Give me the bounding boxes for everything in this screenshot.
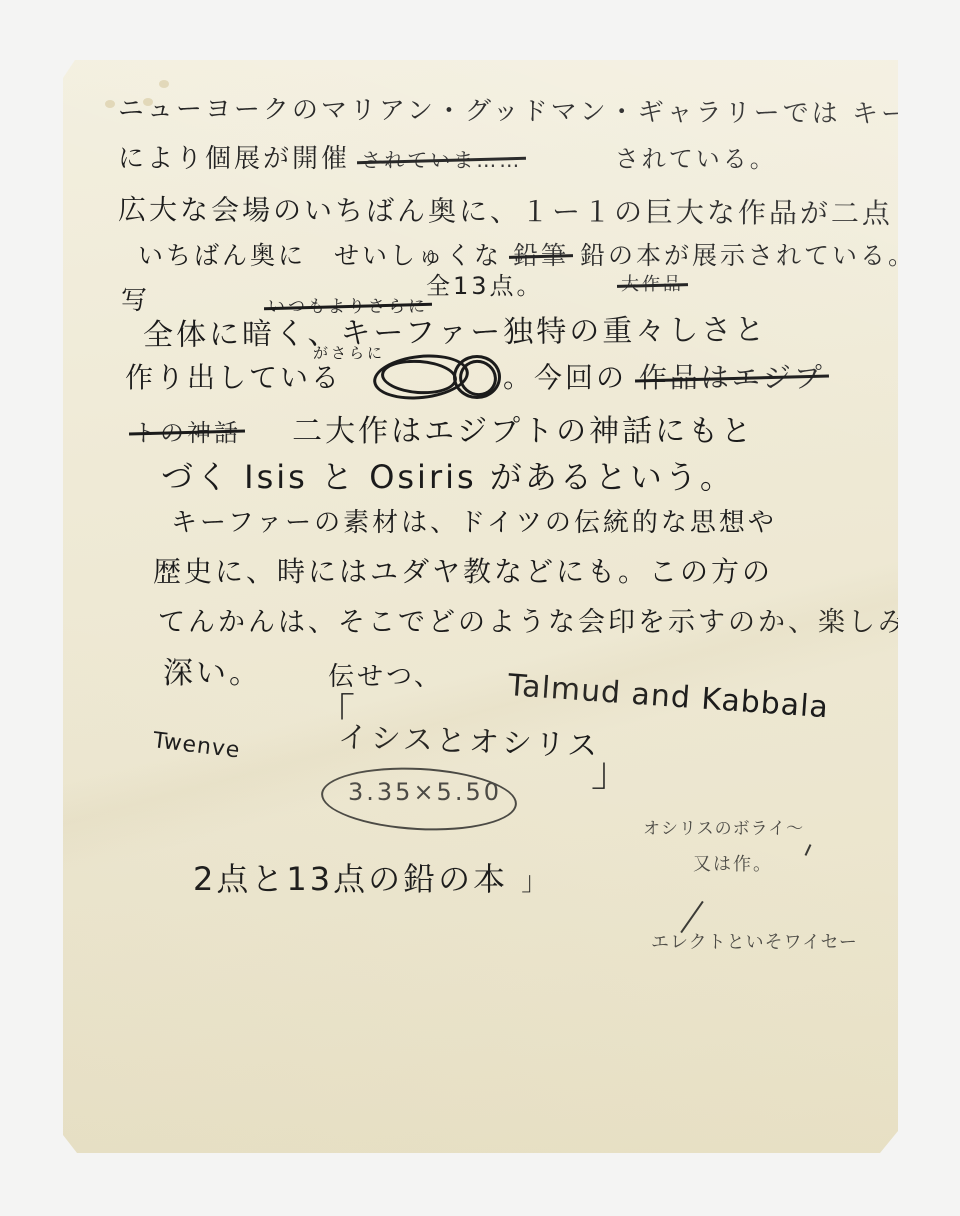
paper-blemish [159,80,169,88]
line-text: 。今回の [503,361,627,394]
manuscript-line-11: 歴史に、時にはユダヤ教などにも。この方の [153,550,773,590]
line-text: 広大な会場のいちばん奥に、１ー１の巨大な作品が二点 [118,193,893,230]
line-text: キーファーの素材は、ドイツの伝統的な思想や [171,508,777,538]
line-text: ニューヨークのマリアン・グッドマン・ギャラリーでは キーファーの2作品 [118,94,960,131]
manuscript-line-13: 深い。 [163,648,262,692]
side-note-text: オシリスのボライ～ [643,819,804,839]
line-text: されている。 [615,145,777,173]
struck-text: されていま…… [361,144,522,173]
note-talmud-kabbala: Talmud and Kabbala [507,668,830,725]
bracket-glyph: 」 [521,867,550,897]
note-twenve: Twenve [151,728,241,764]
side-note-line-1: オシリスのボライ～ [643,814,804,839]
line-text: てんかんは、そこでどのような会印を示すのか、楽しみ [158,607,908,638]
line-text: 作り出している [125,361,342,394]
insert-count: 全13点。 [426,266,544,301]
line-text: 鉛の本が展示されている。 [580,241,916,270]
manuscript-line-1: ニューヨークのマリアン・グッドマン・ギャラリーでは キーファーの2作品 [118,88,960,132]
insert-struck-right: 大作品 [621,270,684,296]
line-text: 歴史に、時にはユダヤ教などにも。この方の [153,555,773,588]
dimensions-text: 3.35×5.50 [348,778,502,806]
line-text: づく Isis と Osiris があるという。 [161,458,735,496]
manuscript-line-6: 全体に暗く、キーファー独特の重々しさと [143,305,768,354]
title-bracket-close: 」 [591,740,631,797]
side-note-text: エレクトといそワイセー [651,932,858,953]
insert-text: 全13点。 [426,272,544,300]
manuscript-line-8: トの神話 二大作はエジプトの神話にもと [133,406,754,450]
manuscript-paper: ニューヨークのマリアン・グッドマン・ギャラリーでは キーファーの2作品 により個… [63,60,898,1153]
side-note-text: 又は作。 [693,854,773,875]
paper-blemish [105,100,115,108]
struck-text: 大作品 [621,270,684,296]
line-text: 全体に暗く、キーファー独特の重々しさと [143,313,768,353]
manuscript-line-7: 作り出している [125,356,342,396]
manuscript-line-10: キーファーの素材は、ドイツの伝統的な思想や [171,502,777,539]
struck-text: 作品はエジプ [639,356,825,396]
manuscript-line-7-tail: 。今回の 作品はエジプ [503,356,825,396]
closing-text: 2点と13点の鉛の本 [193,860,508,898]
pencil-tick [805,844,812,856]
annotation-text: Talmud and Kabbala [507,668,830,725]
manuscript-line-3: 広大な会場のいちばん奥に、１ー１の巨大な作品が二点 [118,188,893,232]
closing-line: 2点と13点の鉛の本 」 [193,854,550,900]
scan-background: ニューヨークのマリアン・グッドマン・ギャラリーでは キーファーの2作品 により個… [0,0,960,1216]
artwork-title: イシスとオシリス [337,712,601,765]
side-note-line-2: 又は作。 [693,850,773,876]
struck-text: トの神話 [133,413,241,448]
manuscript-line-12: てんかんは、そこでどのような会印を示すのか、楽しみ [158,600,908,639]
manuscript-line-9: づく Isis と Osiris があるという。 [161,452,735,498]
side-note-line-3: エレクトといそワイセー [651,928,858,954]
bracket-glyph: 」 [591,749,631,795]
manuscript-line-2: により個展が開催 されていま…… されている。 [118,138,777,175]
line-text: 二大作はエジプトの神話にもと [292,414,754,449]
title-text: イシスとオシリス [337,720,601,764]
annotation-text: Twenve [151,728,241,764]
line-text: 深い。 [163,656,262,691]
dimensions-value: 3.35×5.50 [348,778,502,806]
line-text: により個展が開催 [118,144,350,174]
